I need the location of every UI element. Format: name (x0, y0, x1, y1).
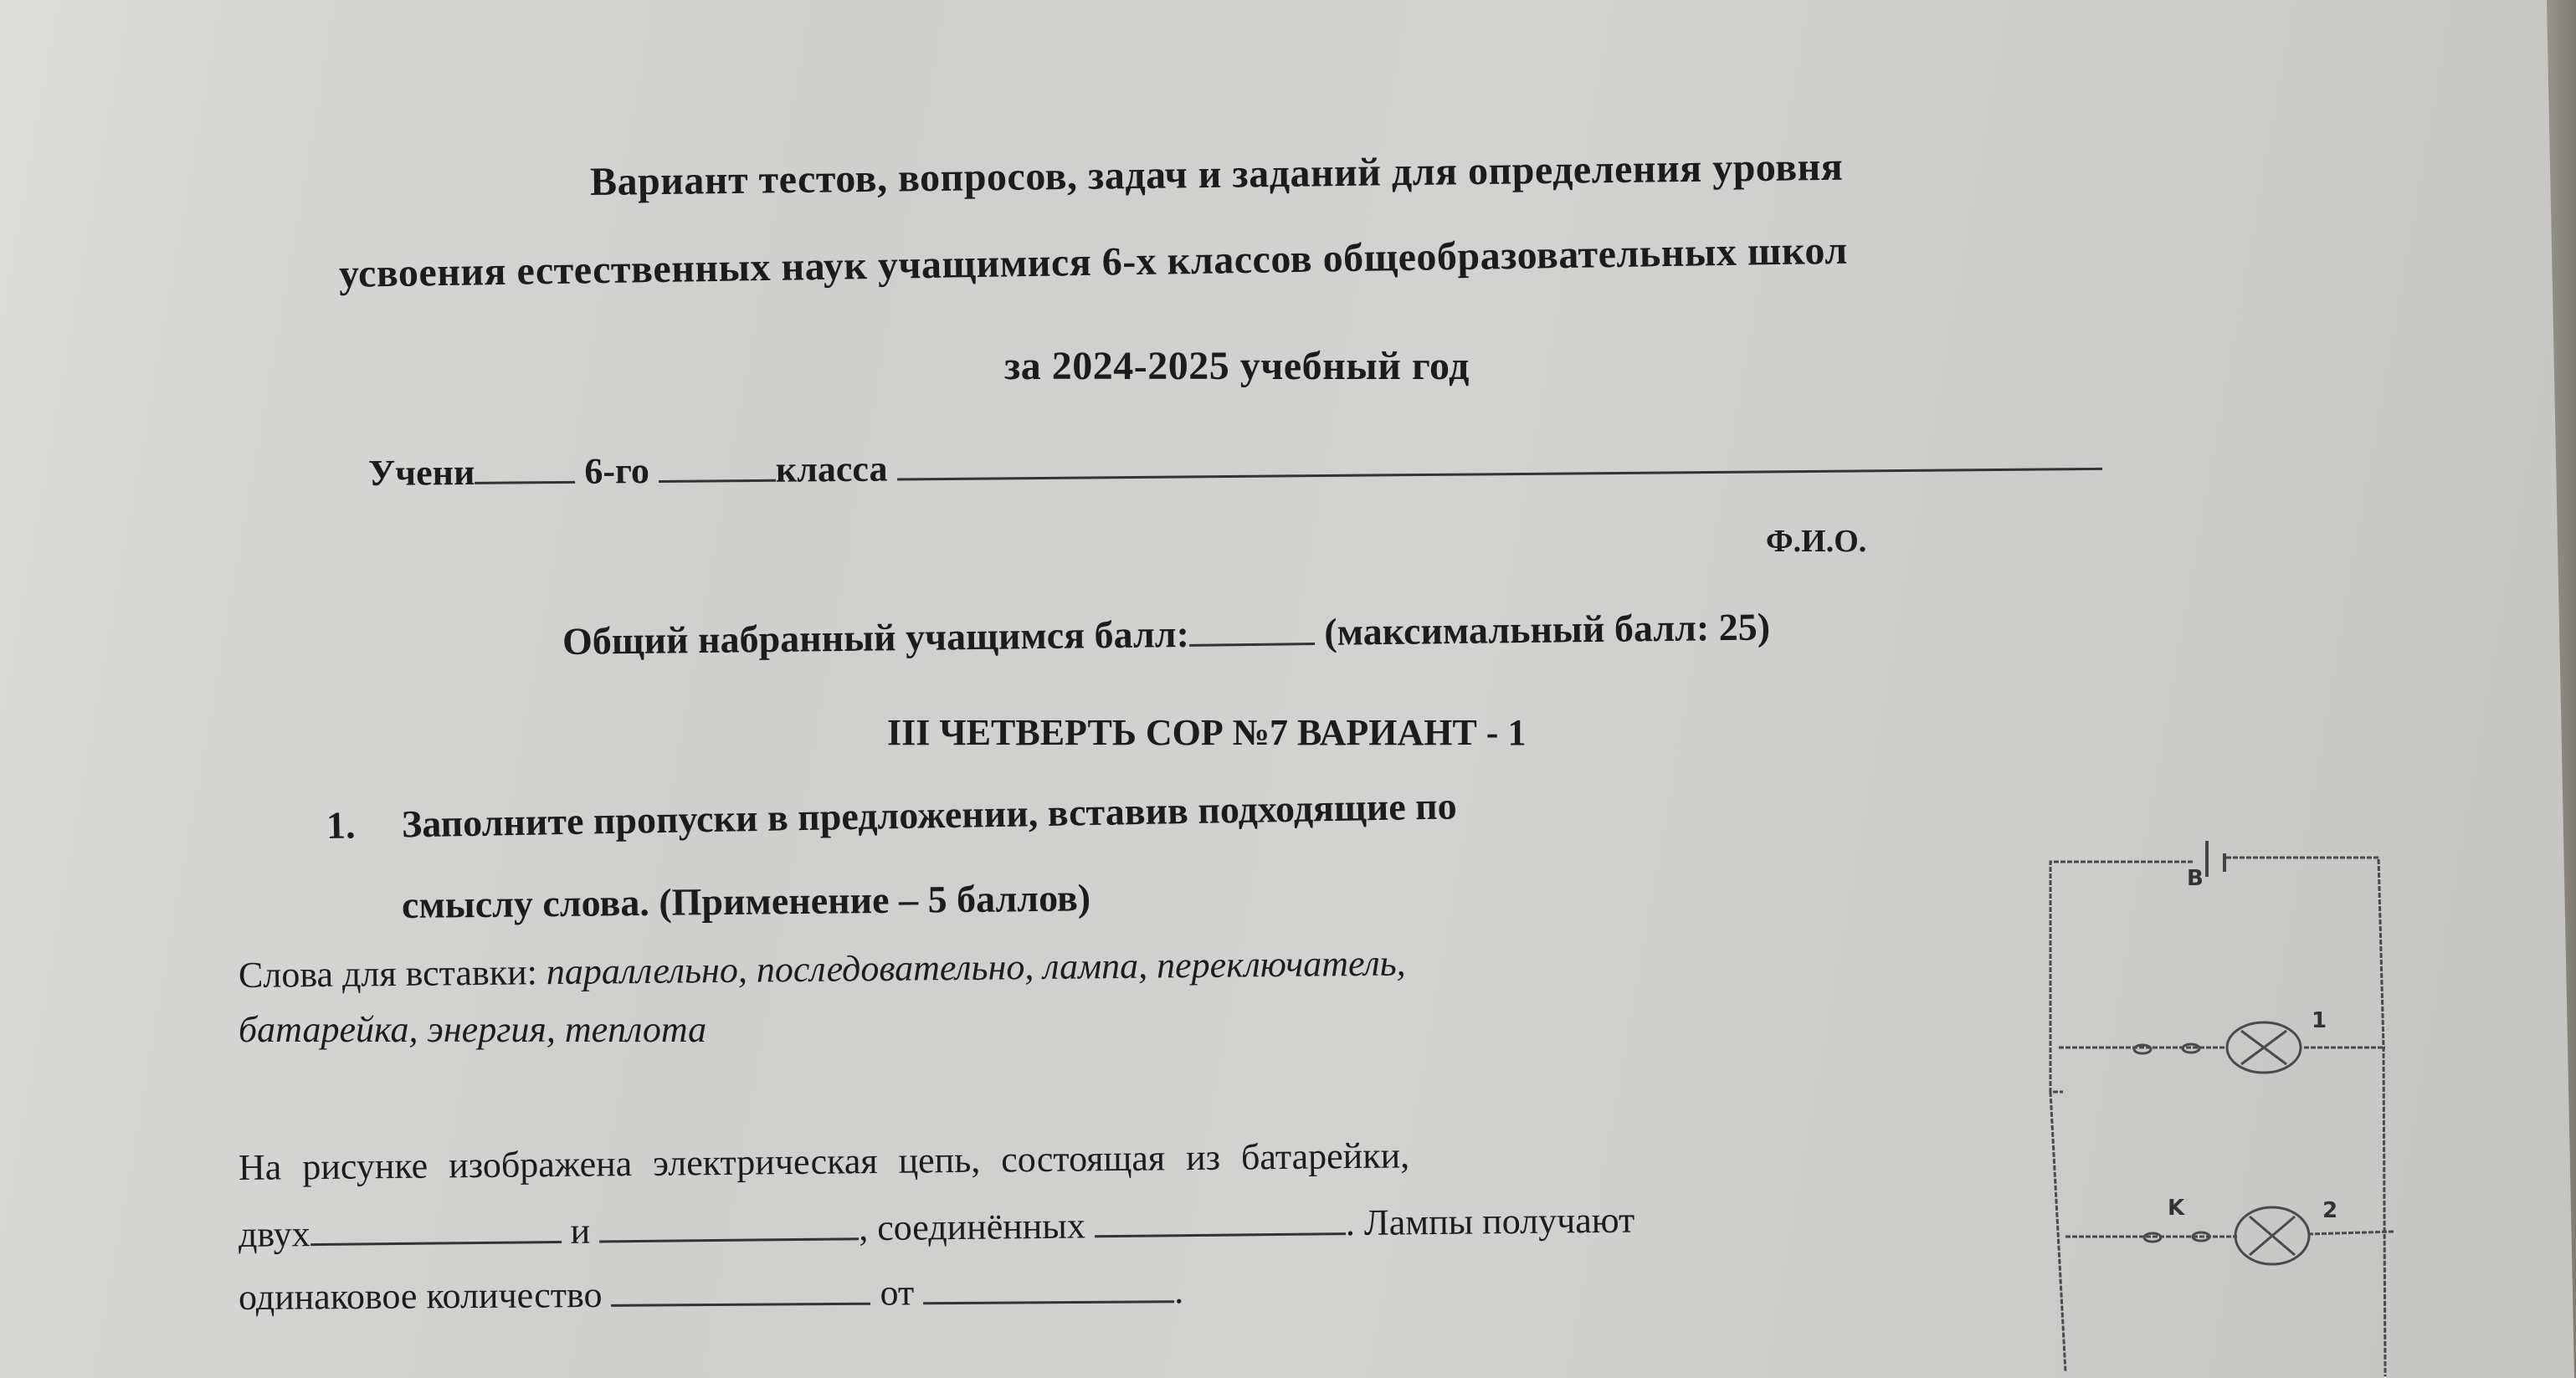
student-gender-blank[interactable] (475, 481, 575, 484)
text-fragment: двух (239, 1213, 310, 1255)
student-prefix: Учени (368, 452, 475, 494)
words-label: Слова для вставки: (239, 951, 537, 996)
task-1-line-2: смыслу слова. (Применение – 5 баллов) (402, 875, 1091, 927)
words-list-2: батарейка, энергия, теплота (239, 1009, 706, 1050)
answer-blank-3[interactable] (1095, 1232, 1346, 1237)
answer-blank-2[interactable] (599, 1237, 859, 1242)
text-fragment: , соединённых (859, 1205, 1085, 1248)
task-number: 1. (326, 802, 403, 848)
text-fragment: и (570, 1211, 590, 1252)
class-letter-blank[interactable] (659, 479, 776, 483)
class-label: класса (776, 448, 888, 490)
task-text-line-3: одинаковое количество от . (239, 1269, 1183, 1319)
student-grade: 6-го (584, 450, 649, 492)
battery-label: B (2187, 866, 2204, 891)
lamp-1-icon (2227, 1022, 2301, 1073)
answer-blank-4[interactable] (612, 1303, 871, 1307)
student-name-blank[interactable] (897, 468, 2102, 481)
text-fragment: . Лампы получают (1346, 1200, 1635, 1244)
answer-blank-5[interactable] (923, 1300, 1174, 1304)
text-fragment: . (1174, 1270, 1183, 1311)
lamp-2-label: 2 (2322, 1198, 2337, 1223)
score-label: Общий набранный учащимся балл: (562, 612, 1189, 663)
circuit-diagram: B 1 2 K (2025, 828, 2410, 1378)
lamp-2-icon (2235, 1207, 2309, 1264)
header-line-3: за 2024-2025 учебный год (1004, 343, 1470, 389)
text-fragment: от (880, 1272, 914, 1313)
score-blank[interactable] (1189, 643, 1315, 647)
words-list-1: параллельно, последовательно, лампа, пер… (547, 942, 1406, 992)
switch-label: K (2168, 1196, 2185, 1221)
name-caption: Ф.И.О. (1766, 523, 1866, 560)
answer-blank-1[interactable] (310, 1241, 562, 1246)
quarter-title: III ЧЕТВЕРТЬ СОР №7 ВАРИАНТ - 1 (887, 711, 1526, 754)
score-max: (максимальный балл: 25) (1324, 605, 1770, 653)
words-to-insert-2: батарейка, энергия, теплота (239, 1008, 706, 1051)
text-fragment: одинаковое количество (239, 1274, 603, 1318)
lamp-1-label: 1 (2312, 1008, 2327, 1033)
